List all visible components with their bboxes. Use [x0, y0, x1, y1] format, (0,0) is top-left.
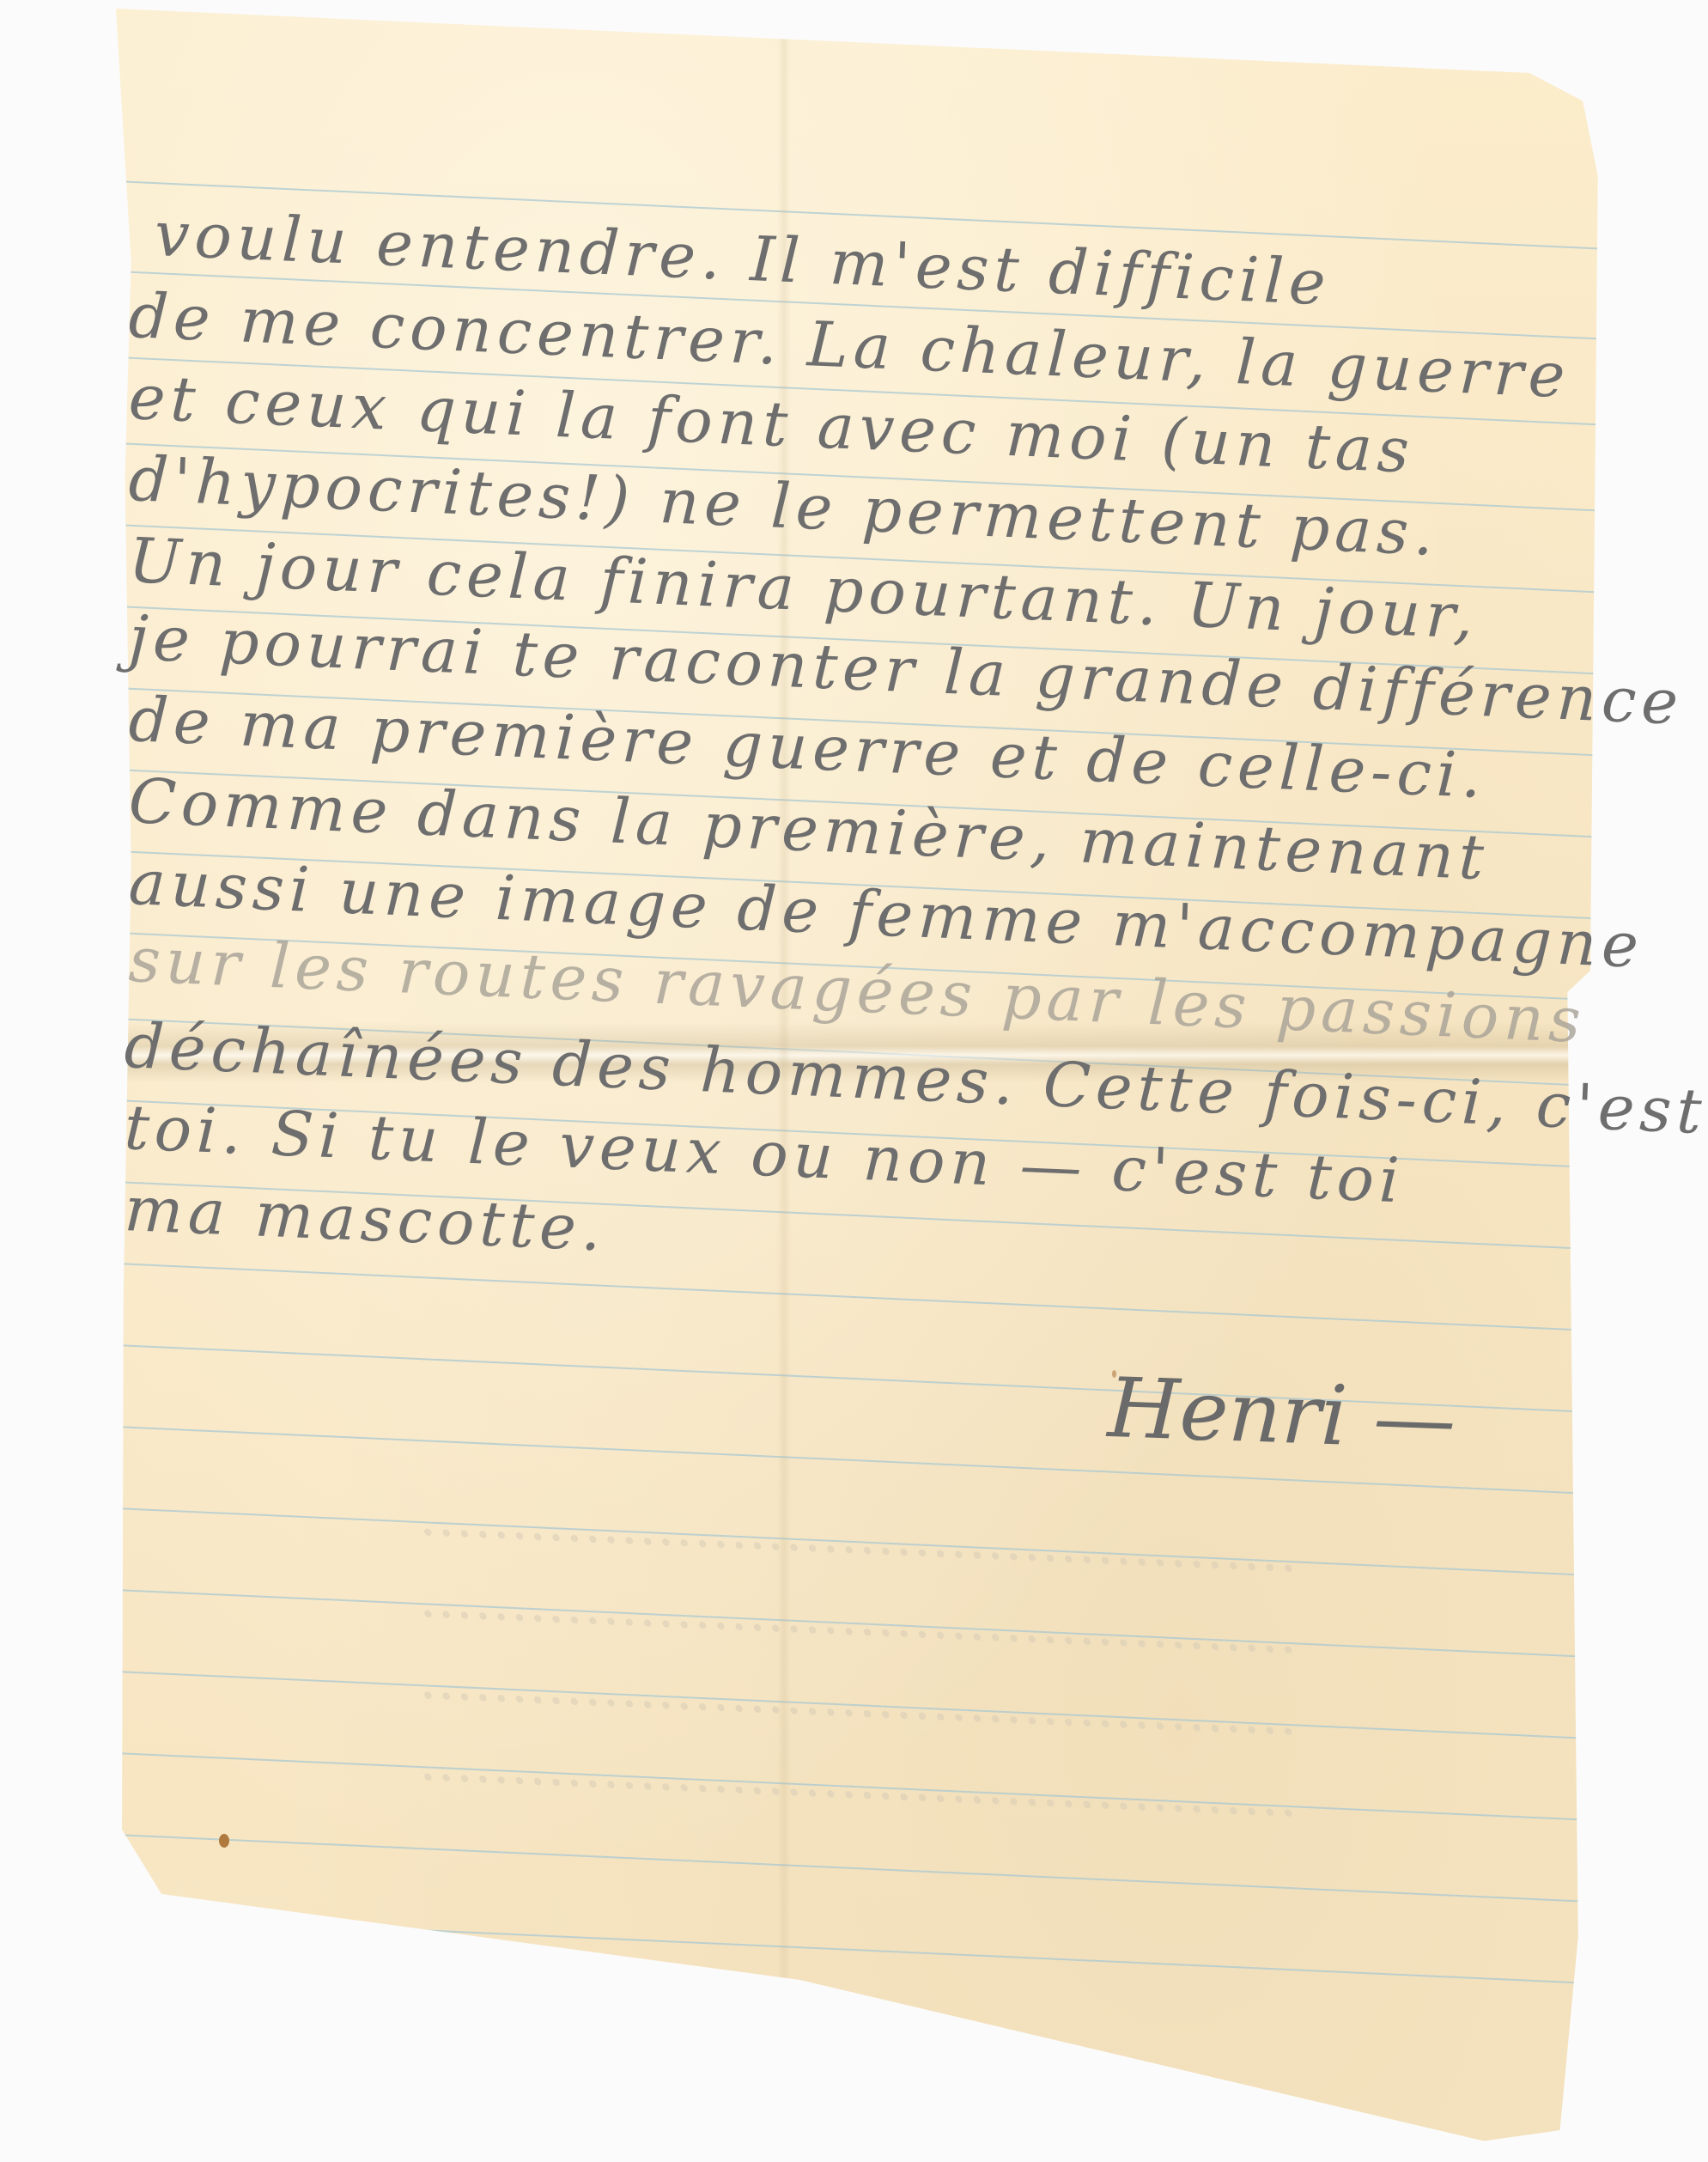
ruled-line [116, 1263, 1643, 1334]
paper-stain [219, 1834, 229, 1848]
ruled-line [116, 1834, 1643, 1905]
signature: Henri — [1106, 1360, 1457, 1468]
